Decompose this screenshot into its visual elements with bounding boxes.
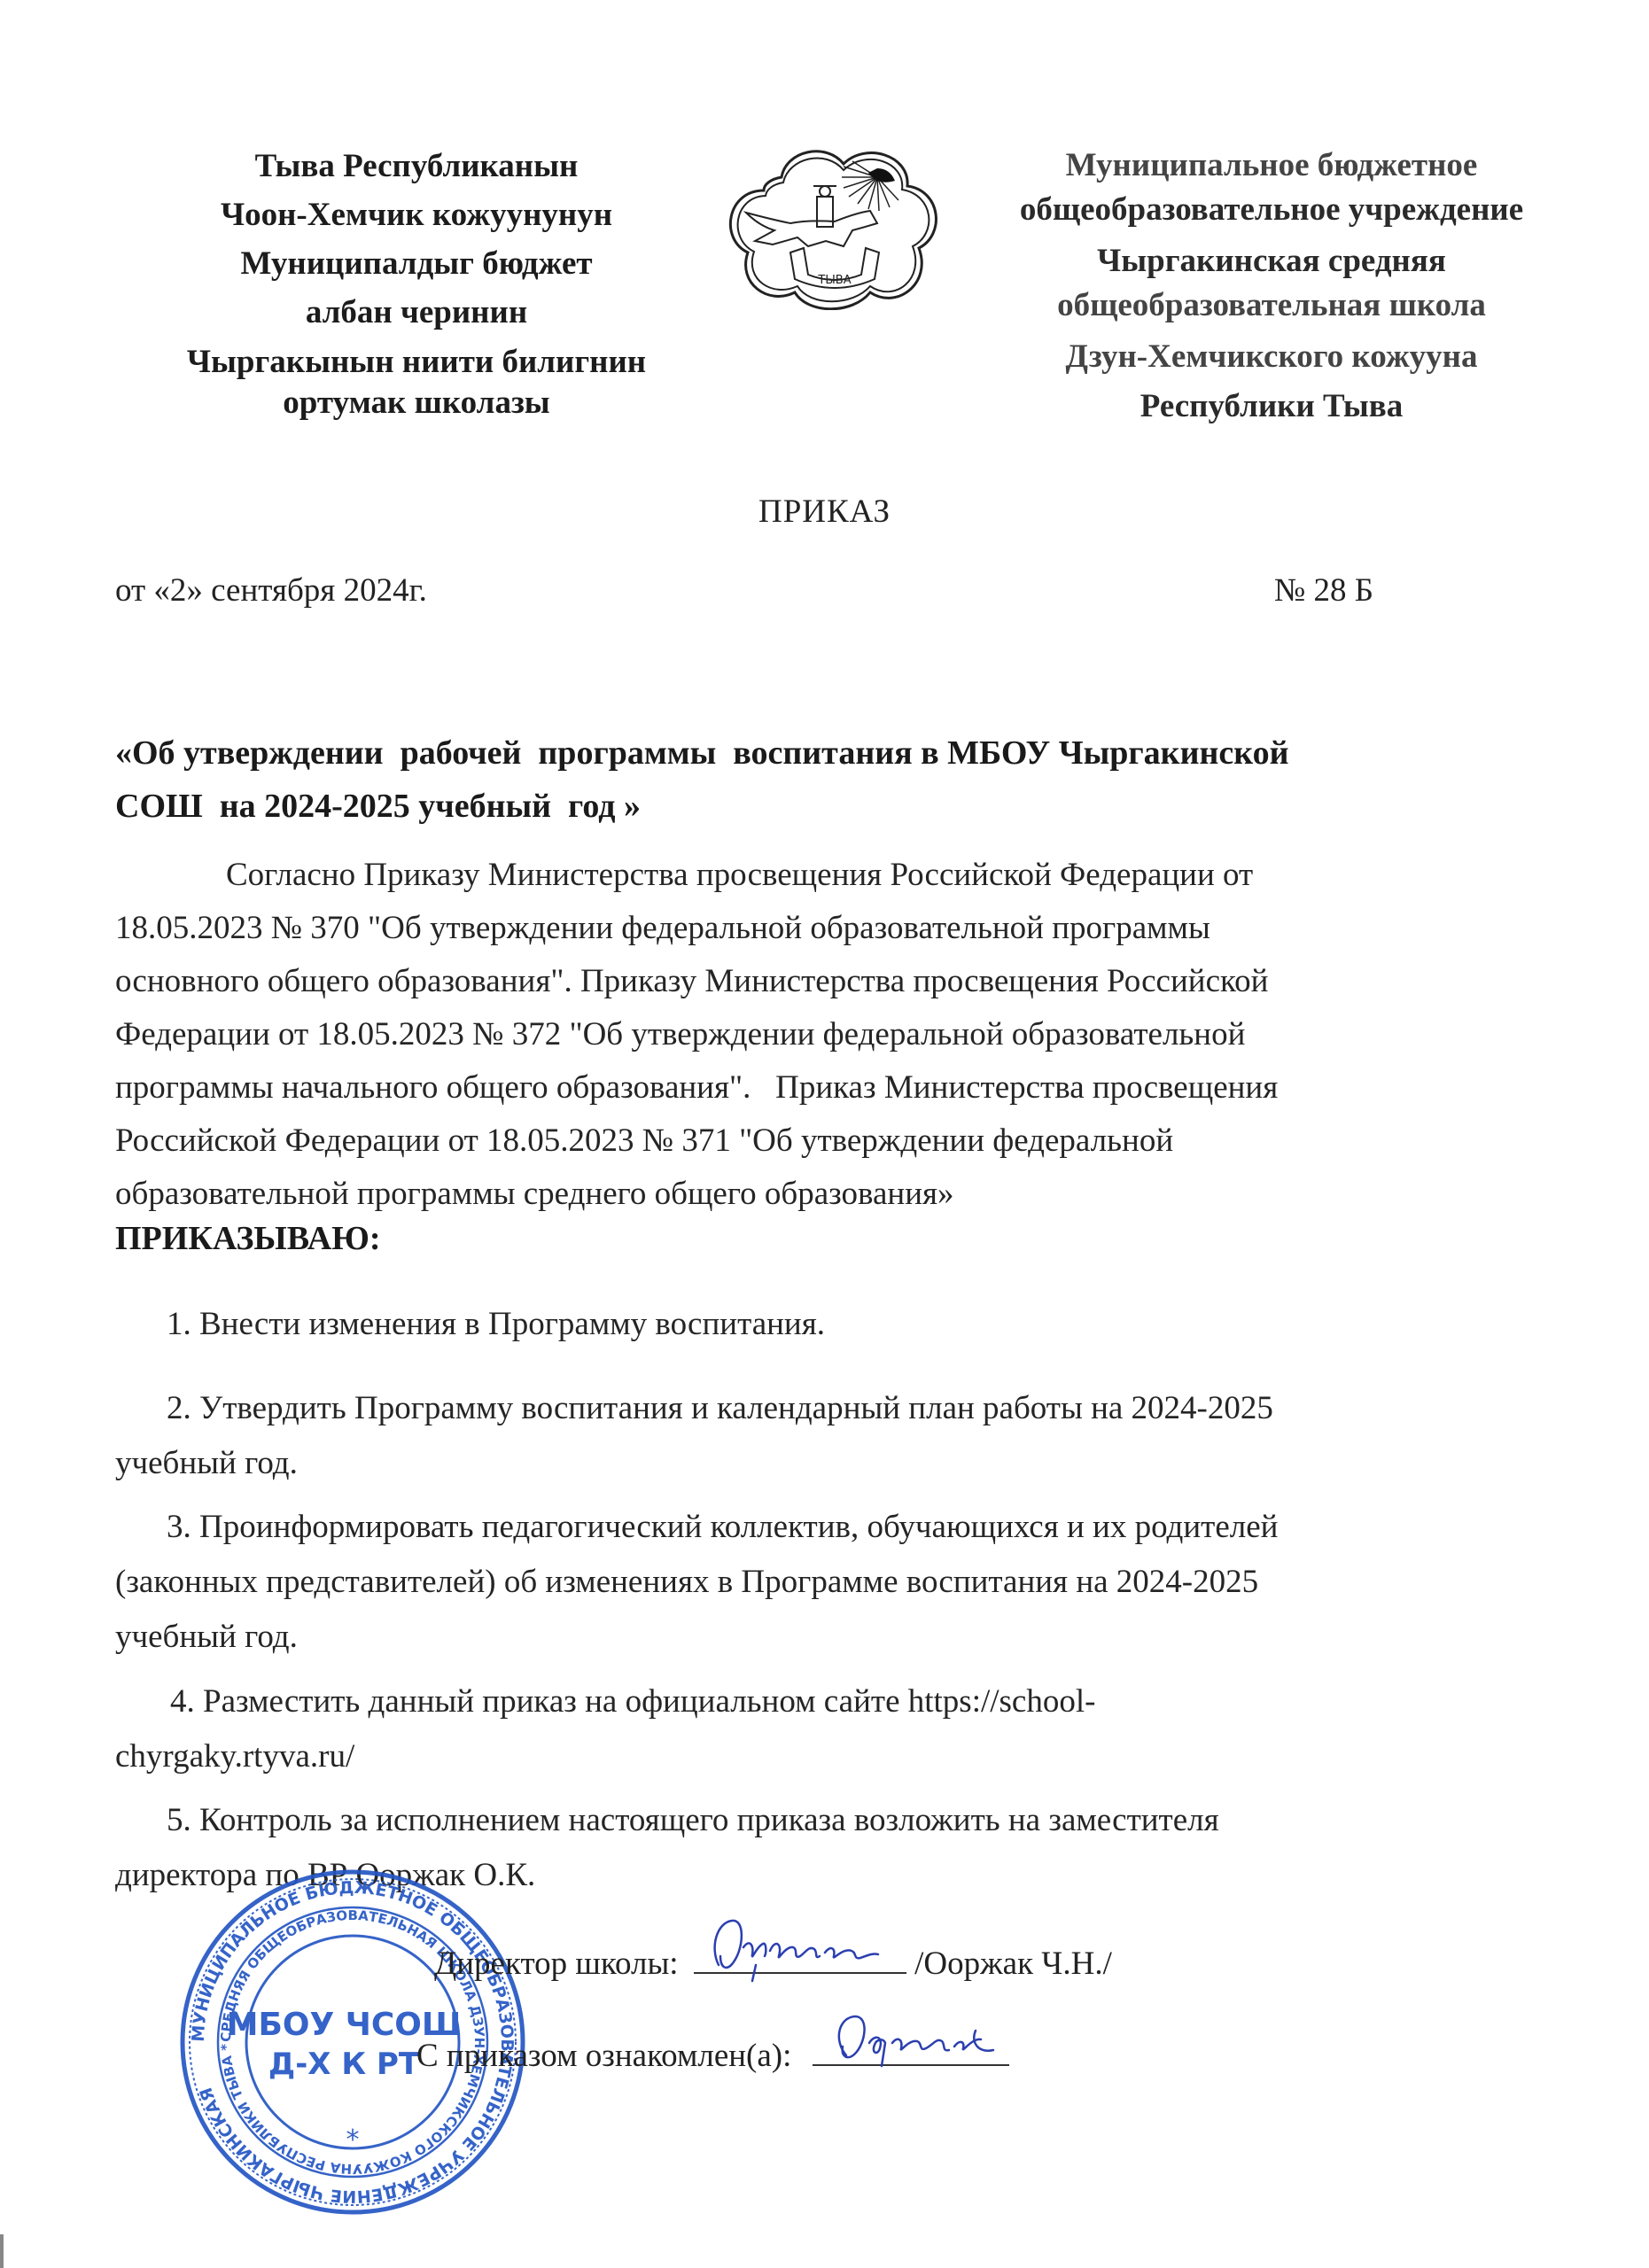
header-right-line: Республики Тыва (966, 384, 1577, 429)
preamble: Согласно Приказу Министерства просвещени… (115, 849, 1480, 1221)
scan-edge-mark (0, 2234, 4, 2268)
header-right-russian: Муниципальное бюджетное общеобразователь… (966, 144, 1577, 429)
svg-text:ТЫВА: ТЫВА (817, 274, 851, 287)
preamble-line: Федерации от 18.05.2023 № 372 "Об утверж… (115, 1008, 1480, 1061)
order-item-2: 2. Утвердить Программу воспитания и кале… (115, 1381, 1484, 1491)
svg-text:Д-Х К РТ: Д-Х К РТ (268, 2047, 420, 2082)
tuva-coat-of-arms-icon: ТЫВА (719, 142, 950, 310)
preamble-line: Российской Федерации от 18.05.2023 № 371… (115, 1115, 1480, 1168)
subject-line: «Об утверждении рабочей программы воспит… (115, 726, 1497, 780)
acknowledged-signature-field (813, 2029, 1009, 2066)
document-subject: «Об утверждении рабочей программы воспит… (115, 726, 1497, 833)
order-item-line: (законных представителей) об изменениях … (115, 1555, 1484, 1610)
order-heading: ПРИКАЗЫВАЮ: (115, 1219, 381, 1258)
order-item-line: 1. Внести изменения в Программу воспитан… (167, 1306, 825, 1342)
subject-line: СОШ на 2024-2025 учебный год » (115, 780, 1497, 833)
order-item-4: 4. Разместить данный приказ на официальн… (115, 1674, 1484, 1784)
order-item-1: 1. Внести изменения в Программу воспитан… (115, 1297, 1484, 1352)
header-left-tuvan: Тыва Республиканын Чоон-Хемчик кожуунуну… (133, 142, 700, 423)
order-item-line: учебный год. (115, 1436, 1484, 1491)
handwritten-signature-icon (820, 2004, 1015, 2075)
header-right-line: общеобразовательное учреждение (966, 188, 1577, 232)
acknowledged-label: С приказом ознакомлен(а): (416, 2038, 791, 2074)
order-item-line: chyrgaky.rtyva.ru/ (115, 1729, 1484, 1784)
order-item-line: учебный год. (115, 1610, 1484, 1665)
preamble-line: образовательной программы среднего общег… (115, 1168, 1480, 1221)
director-signature-row: Директор школы: /Ооржак Ч.Н./ (434, 1937, 1112, 1983)
preamble-line: основного общего образования". Приказу М… (115, 955, 1480, 1008)
order-item-line: 2. Утвердить Программу воспитания и кале… (167, 1390, 1273, 1426)
order-item-line: 3. Проинформировать педагогический колле… (167, 1509, 1278, 1545)
preamble-line: программы начального общего образования"… (115, 1061, 1480, 1115)
header-right-line: Чыргакинская средняя (966, 239, 1577, 283)
header-left-line: ортумак школазы (133, 383, 700, 423)
director-name: /Ооржак Ч.Н./ (914, 1946, 1112, 1982)
header-right-line: общеобразовательная школа (966, 283, 1577, 328)
preamble-line: 18.05.2023 № 370 "Об утверждении федерал… (115, 902, 1480, 955)
svg-text:*: * (346, 2124, 360, 2155)
document-date: от «2» сентября 2024г. (115, 571, 427, 610)
header-left-line: албан черинин (133, 288, 700, 337)
preamble-line: Согласно Приказу Министерства просвещени… (226, 857, 1253, 893)
header-right-line: Муниципальное бюджетное (966, 144, 1577, 188)
acknowledgement-row: С приказом ознакомлен(а): (416, 2029, 1009, 2075)
order-item-line: 4. Разместить данный приказ на официальн… (170, 1683, 1095, 1720)
director-signature-field (694, 1937, 906, 1974)
document-number: № 28 Б (1274, 571, 1373, 610)
order-item-3: 3. Проинформировать педагогический колле… (115, 1500, 1484, 1665)
order-item-line: 5. Контроль за исполнением настоящего пр… (167, 1802, 1219, 1838)
director-label: Директор школы: (434, 1946, 679, 1982)
document-type: ПРИКАЗ (0, 493, 1649, 531)
header-left-line: Чоон-Хемчик кожуунунун (133, 190, 700, 239)
header-left-line: Чыргакынын ниити билигнин (133, 342, 700, 383)
header-right-line: Дзун-Хемчикского кожууна (966, 335, 1577, 379)
document-page: Тыва Республиканын Чоон-Хемчик кожуунуну… (0, 0, 1649, 2268)
handwritten-signature-icon (701, 1912, 905, 1983)
header-left-line: Муниципалдыг бюджет (133, 239, 700, 288)
header-left-line: Тыва Республиканын (133, 142, 700, 190)
